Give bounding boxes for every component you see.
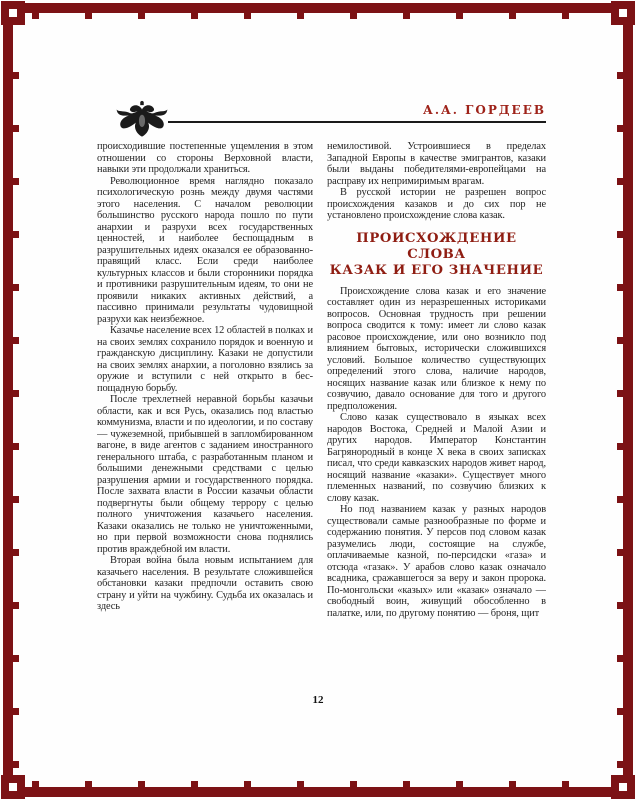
paragraph: Казачье население всех 12 областей в пол… bbox=[97, 325, 313, 394]
right-text-column: немилостивой. Устроившиеся в пределах За… bbox=[327, 141, 546, 697]
author-header: А.А. ГОРДЕЕВ bbox=[423, 103, 546, 117]
double-headed-eagle-icon bbox=[114, 100, 170, 140]
left-text-column: происходившие постепенные ущемления в эт… bbox=[97, 141, 313, 697]
paragraph: немилостивой. Устроившиеся в пределах За… bbox=[327, 141, 546, 187]
paragraph: Но под названием казак у разных народов … bbox=[327, 504, 546, 619]
paragraph: Слово казак существовало в языках всех н… bbox=[327, 412, 546, 504]
paragraph: происходившие постепенные ущемления в эт… bbox=[97, 141, 313, 176]
paragraph: Происхождение слова казак и его значение… bbox=[327, 286, 546, 413]
frame-beads-left bbox=[13, 32, 19, 768]
paragraph: В русской истории не разрешен вопрос про… bbox=[327, 187, 546, 222]
frame-corner-ornament bbox=[1, 1, 25, 25]
section-heading-line1: ПРОИСХОЖДЕНИЕ СЛОВА bbox=[327, 231, 546, 263]
frame-beads-bottom bbox=[32, 781, 604, 787]
section-heading: ПРОИСХОЖДЕНИЕ СЛОВА КАЗАК И ЕГО ЗНАЧЕНИЕ bbox=[327, 231, 546, 279]
page-number: 12 bbox=[0, 694, 636, 706]
paragraph: Революционное время наглядно показало пс… bbox=[97, 176, 313, 326]
section-heading-line2: КАЗАК И ЕГО ЗНАЧЕНИЕ bbox=[327, 263, 546, 279]
paragraph: После трехлетней неравной борьбы казачьи… bbox=[97, 394, 313, 555]
frame-corner-ornament bbox=[611, 775, 635, 799]
header-rule bbox=[168, 121, 546, 123]
frame-corner-ornament bbox=[1, 775, 25, 799]
paragraph: Вторая война была новым испытанием для к… bbox=[97, 555, 313, 613]
frame-beads-top bbox=[32, 13, 604, 19]
frame-beads-right bbox=[617, 32, 623, 768]
frame-corner-ornament bbox=[611, 1, 635, 25]
book-page: А.А. ГОРДЕЕВ происходившие постепенные у… bbox=[0, 0, 636, 800]
